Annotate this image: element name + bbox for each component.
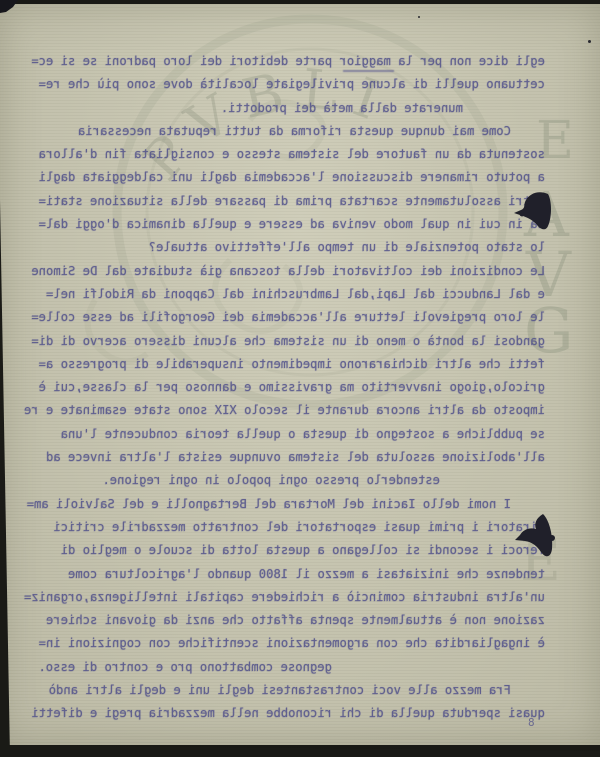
text-line: egli dice non per la maggior parte debit… bbox=[0, 50, 545, 73]
text-line: gricolo,giogo inavvertito ma gravissimo … bbox=[0, 376, 545, 399]
text-line: cettuano quelli di alcune privilegiate l… bbox=[0, 73, 545, 96]
text-line: Le condizioni dei coltivatori della tosc… bbox=[0, 260, 545, 283]
text-line: quasi sperduta quella di chi riconobbe n… bbox=[0, 702, 545, 725]
text-line: Come mai dunque questa riforma da tutti … bbox=[0, 120, 545, 143]
text-line: se pubbliche a sostegno di questa o quel… bbox=[0, 423, 545, 446]
text-line: gandosi la bontà o meno di un sistema ch… bbox=[0, 330, 545, 353]
mirrored-text-layer: egli dice non per la maggior parte debit… bbox=[0, 50, 600, 726]
text-line: sostenuta da un fautore del sistema stes… bbox=[0, 143, 545, 166]
page-number: 8 bbox=[528, 716, 535, 729]
text-line: è ingagliardita che con argomentazioni s… bbox=[0, 632, 545, 655]
text-line: miratori i primi quasi esportatori del c… bbox=[0, 516, 545, 539]
dust-speck bbox=[418, 16, 420, 18]
text-line: imposto da altri ancora durante il secol… bbox=[0, 399, 545, 422]
text-line: all'abolizione assoluta del sistema ovun… bbox=[0, 446, 545, 469]
text-line: Fra mezzo alle voci contrastantesi degli… bbox=[0, 679, 545, 702]
text-line: e dal Landucci dal Lapi,dal Lambruschini… bbox=[0, 283, 545, 306]
text-line: le loro pregievoli letture all'accademia… bbox=[0, 306, 545, 329]
text-line: lo stato potenziale di un tempo all'effe… bbox=[0, 236, 545, 259]
text-line: fetti che altri dichiararono impedimento… bbox=[0, 353, 545, 376]
underline-mark bbox=[343, 70, 394, 72]
text-line: feroci i secondi si collegano a questa l… bbox=[0, 539, 545, 562]
text-line: gegnose combattono pro e contro di esso. bbox=[0, 656, 332, 679]
text-line: I nomi dello Iacini del Mortara del Bert… bbox=[0, 493, 545, 516]
text-line: un'altra industria cominciò a richiedere… bbox=[0, 586, 545, 609]
text-line: munerate dalla metà dei prodotti. bbox=[0, 97, 463, 120]
text-line: ca in cui in qual modo veniva ad essere … bbox=[0, 213, 545, 236]
scan-background: PVBLI E A V G E egli dice non per la mag… bbox=[0, 0, 600, 757]
text-line: tendenze che iniziatasi a mezzo il 1800 … bbox=[0, 563, 545, 586]
text-line: estenderlo presso ogni popolo in ogni re… bbox=[0, 469, 440, 492]
text-line: a potuto rimanere discussione l'accademi… bbox=[0, 166, 545, 189]
text-line: zazione non è attualmente spenta affatto… bbox=[0, 609, 545, 632]
dust-speck bbox=[588, 40, 591, 43]
scanned-document-page: { "doc": { "description_note": "typewrit… bbox=[0, 0, 600, 757]
text-line: altri assolutamente scartata prima di pa… bbox=[0, 190, 545, 213]
